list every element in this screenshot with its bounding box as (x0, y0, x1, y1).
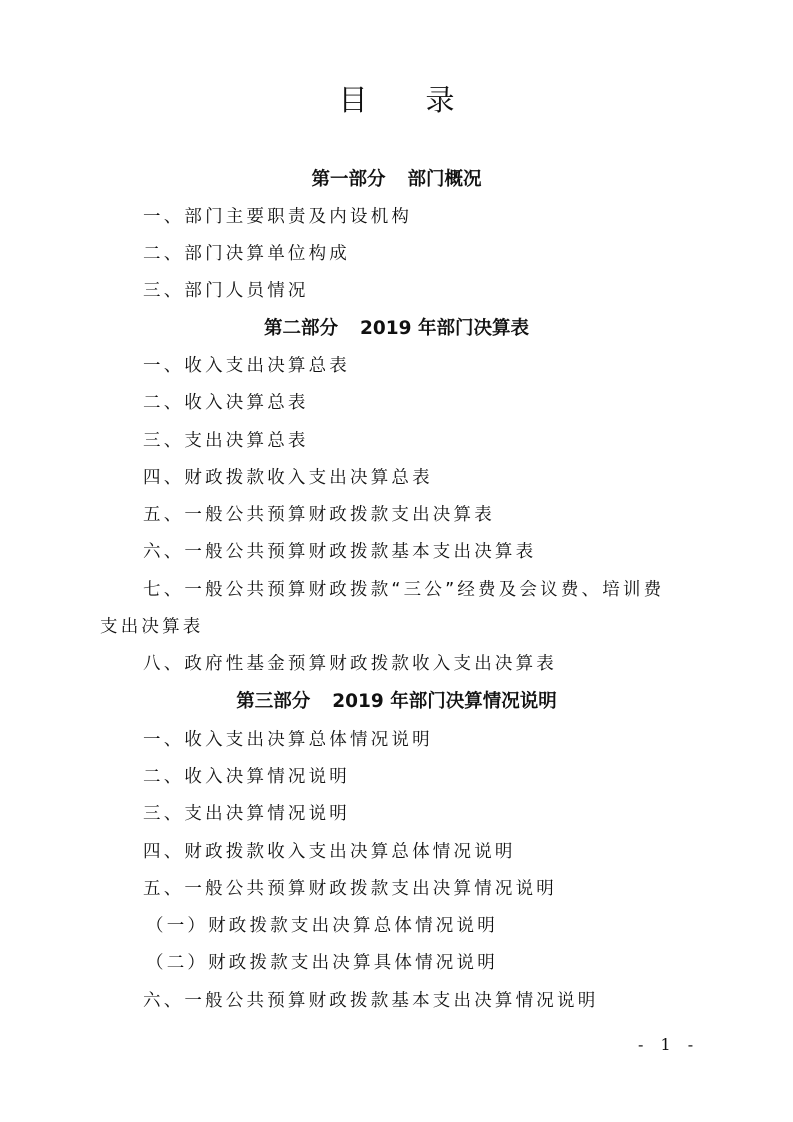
toc-item[interactable]: 三、支出决算情况说明 (143, 802, 350, 826)
toc-item[interactable]: 一、收入支出决算总体情况说明 (143, 728, 433, 752)
toc-item[interactable]: 二、收入决算情况说明 (143, 765, 350, 789)
toc-item[interactable]: 三、部门人员情况 (143, 279, 309, 303)
part-2-label: 第二部分 (264, 318, 338, 339)
toc-item[interactable]: 六、一般公共预算财政拨款基本支出决算情况说明 (143, 989, 598, 1013)
toc-item[interactable]: 二、部门决算单位构成 (143, 242, 350, 266)
part-2-heading: 第二部分2019 年部门决算表 (0, 317, 793, 341)
toc-item-continuation[interactable]: 支出决算表 (100, 615, 204, 639)
page-title: 目录 (0, 78, 793, 119)
part-1-title: 部门概况 (408, 169, 482, 190)
page-number: - 1 - (638, 1035, 699, 1054)
toc-item[interactable]: 二、收入决算总表 (143, 391, 309, 415)
toc-subitem[interactable]: （一）财政拨款支出决算总体情况说明 (146, 914, 498, 938)
toc-item[interactable]: 五、一般公共预算财政拨款支出决算表 (143, 503, 495, 527)
toc-subitem[interactable]: （二）财政拨款支出决算具体情况说明 (146, 951, 498, 975)
toc-item[interactable]: 一、部门主要职责及内设机构 (143, 205, 412, 229)
part-3-label: 第三部分 (236, 691, 310, 712)
toc-item[interactable]: 一、收入支出决算总表 (143, 354, 350, 378)
title-char-2: 录 (426, 78, 455, 119)
toc-item[interactable]: 六、一般公共预算财政拨款基本支出决算表 (143, 540, 536, 564)
part-1-heading: 第一部分部门概况 (0, 168, 793, 192)
part-3-heading: 第三部分2019 年部门决算情况说明 (0, 690, 793, 714)
toc-item[interactable]: 八、政府性基金预算财政拨款收入支出决算表 (143, 652, 557, 676)
toc-item[interactable]: 四、财政拨款收入支出决算总体情况说明 (143, 840, 516, 864)
part-1-label: 第一部分 (311, 169, 385, 190)
toc-item[interactable]: 三、支出决算总表 (143, 429, 309, 453)
toc-item[interactable]: 七、一般公共预算财政拨款“三公”经费及会议费、培训费 (143, 578, 664, 602)
part-3-title: 2019 年部门决算情况说明 (332, 691, 556, 712)
toc-item[interactable]: 四、财政拨款收入支出决算总表 (143, 466, 433, 490)
title-char-1: 目 (338, 78, 367, 119)
part-2-title: 2019 年部门决算表 (360, 318, 529, 339)
toc-item[interactable]: 五、一般公共预算财政拨款支出决算情况说明 (143, 877, 557, 901)
